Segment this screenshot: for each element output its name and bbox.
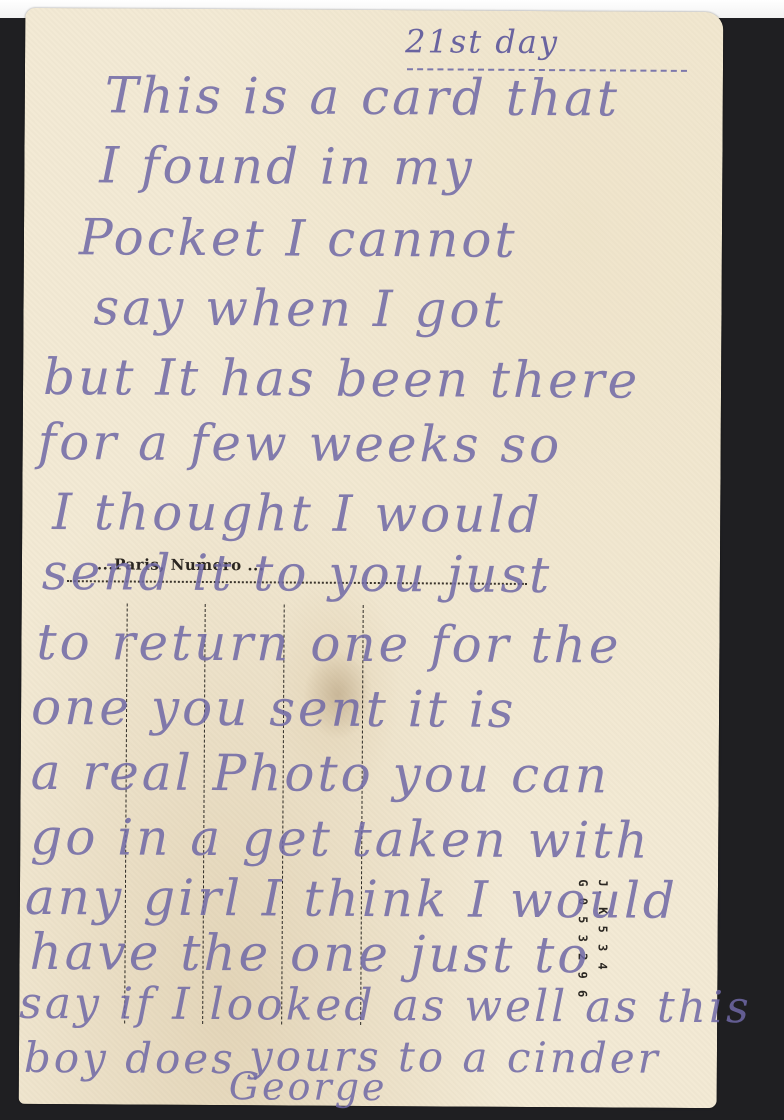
signature: George	[229, 1064, 388, 1109]
message-line: This is a card that	[105, 66, 621, 127]
message-line: say if I looked as well as this	[19, 978, 752, 1033]
message-line: say when I got	[93, 278, 506, 339]
postcard-back: 21st day ...Paris, Numero ... G 0 5 3 2 …	[19, 8, 724, 1108]
message-line: one you sent it is	[31, 678, 517, 739]
message-line: any girl I think I would	[25, 868, 678, 930]
message-line: a real Photo you can	[31, 743, 611, 805]
message-line: for a few weeks so	[38, 413, 563, 474]
date-heading: 21st day	[405, 22, 559, 61]
message-line: but It has been there	[43, 348, 640, 410]
message-line: have the one just to	[29, 923, 590, 984]
message-line: send it to you just	[42, 543, 553, 604]
message-line: I found in my	[99, 136, 475, 196]
message-line: to return one for the	[36, 613, 621, 675]
message-line: I thought I would	[52, 483, 543, 544]
message-line: Pocket I cannot	[79, 208, 518, 269]
message-line: boy does	[24, 1033, 236, 1083]
message-line: go in a get taken with	[30, 808, 651, 870]
